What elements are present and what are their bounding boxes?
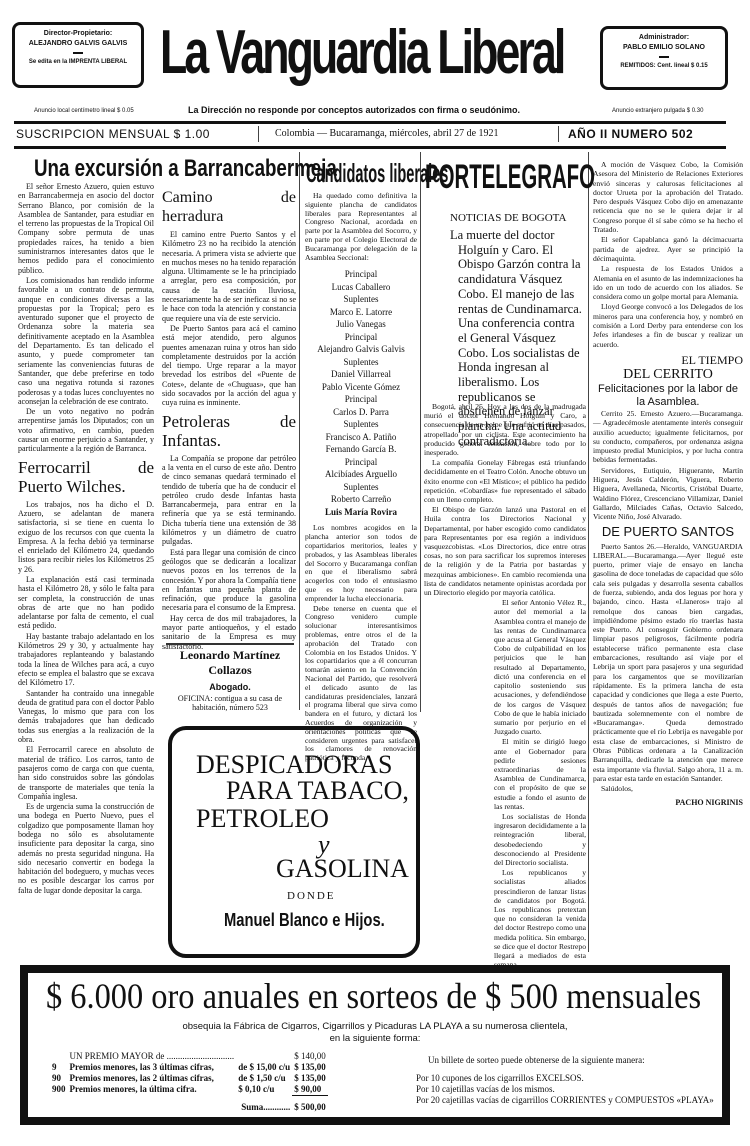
candidate-role: Principal [305, 456, 417, 469]
candidate-name: Alejandro Galvis Galvis [305, 343, 417, 356]
prize-qty: 900 [50, 1084, 68, 1096]
divider [558, 126, 559, 142]
remitidos-note: REMITIDOS: Cent. lineal $ 0.15 [605, 61, 723, 71]
gasoline-ad: DESPICADORAS PARA TABACO, PETROLEO y GAS… [168, 726, 420, 958]
ad-rule [166, 643, 294, 645]
candidate-role: Principal [305, 268, 417, 281]
howto-item: Por 20 cajetillas vacías de cigarrillos … [416, 1095, 716, 1106]
paragraph: El señor Ernesto Azuero, quien estuvo en… [18, 182, 154, 275]
article-headline: Una excursión a Barrancabermeja [34, 155, 337, 183]
lottery-sub1: obsequia la Fábrica de Cigarros, Cigarri… [28, 1021, 722, 1032]
prize-qty: 90 [50, 1073, 68, 1084]
prize-unit: de $ 1,50 c/u [236, 1073, 292, 1084]
lawyer-office: OFICINA: contigua a su casa de habitació… [162, 694, 298, 712]
paragraph: Los socialistas de Honda ingresaron deci… [494, 812, 586, 867]
divider [659, 56, 669, 58]
paragraph: Salúdolos, [593, 784, 743, 793]
lawyer-ad: Leonardo Martínez Collazos Abogado. OFIC… [162, 648, 298, 712]
prize-row: 90Premios menores, las 2 últimas cifras,… [50, 1073, 328, 1084]
paragraph: Los trabajos, nos ha dicho el D. Azuero,… [18, 500, 154, 574]
divider [73, 52, 83, 54]
telegrafo-headline: PORTELEGRAFO [425, 158, 595, 197]
lottery-sub2: en la siguiente forma: [28, 1033, 722, 1044]
candidate-name: Fernando García B. [305, 443, 417, 456]
prize-table: UN PREMIO MAYOR de .....................… [50, 1051, 328, 1113]
prize-qty: 9 [50, 1062, 68, 1073]
paragraph: Puerto Santos 26.—Heraldo, VANGUARDIA LI… [593, 542, 743, 784]
paragraph: El señor Antonio Vélez R., autor del mem… [494, 598, 586, 736]
printer-note: Se edita en la IMPRENTA LIBERAL [17, 57, 139, 67]
sum-label: Suma............ [236, 1096, 292, 1114]
right-column: A moción de Vásquez Cobo, la Comisión As… [593, 160, 743, 807]
paragraph: Los comisionados han rendido informe fav… [18, 276, 154, 406]
paragraph: Santander ha contraído una innegable deu… [18, 689, 154, 745]
lawyer-title: Abogado. [162, 682, 298, 692]
paragraph: Hay bastante trabajo adelantado en los K… [18, 632, 154, 688]
local-ad-rate: Anuncio local centímetro lineal $ 0.05 [34, 108, 134, 114]
director-name: ALEJANDRO GALVIS GALVIS [17, 39, 139, 49]
dateline: Colombia — Bucaramanga, miércoles, abril… [275, 128, 499, 139]
ad-line: PARA TABACO, [226, 776, 409, 806]
candidate-list: Principal Lucas Caballero Suplentes Marc… [305, 268, 417, 518]
paragraph: Cerrito 25. Ernesto Azuero.—Bucaramanga.… [593, 409, 743, 465]
candidate-name: Daniel Villarreal [305, 368, 417, 381]
howto-title: Un billete de sorteo puede obtenerse de … [428, 1055, 645, 1065]
prize-row: 900Premios menores, la última cifra.$ 0,… [50, 1084, 328, 1096]
foreign-ad-rate: Anuncio extranjero pulgada $ 0.30 [612, 108, 703, 114]
paragraph: Servidores, Eutiquio, Higuerante, Martín… [593, 466, 743, 522]
prize-unit: de $ 15,00 c/u [236, 1062, 292, 1073]
paragraph: El Ferrocarril carece en absoluto de mat… [18, 745, 154, 801]
paragraph: El señor Capablanca ganó la décimacuarta… [593, 235, 743, 263]
administrator-name: PABLO EMILIO SOLANO [605, 43, 723, 53]
cerrito-kicker: EL TIEMPO [593, 353, 743, 367]
paragraph: Lloyd George convocó a los Delegados de … [593, 302, 743, 348]
lottery-ad: $ 6.000 oro anuales en sorteos de $ 500 … [20, 965, 730, 1125]
candidate-role: Principal [305, 331, 417, 344]
signature: PACHO NIGRINIS [593, 798, 743, 807]
candidate-role: Suplentes [305, 418, 417, 431]
ad-line: DONDE [287, 890, 336, 902]
disclaimer: La Dirección no responde por conceptos a… [188, 105, 520, 115]
paragraph: Los nombres acogidos en la plancha anter… [305, 524, 417, 603]
issue-number: AÑO II NUMERO 502 [568, 127, 693, 141]
howto-item: Por 10 cupones de los cigarrillos EXCELS… [416, 1073, 716, 1084]
paragraph: El camino entre Puerto Santos y el Kilóm… [162, 230, 296, 323]
candidatos-column: Ha quedado como definitiva la siguiente … [305, 192, 417, 764]
lawyer-name: Leonardo Martínez Collazos [162, 648, 298, 678]
subheading-camino: Camino de herradura [162, 188, 296, 226]
cerrito-subhead: Felicitaciones por la labor de la Asambl… [593, 383, 743, 409]
administrator-label: Administrador: [605, 33, 723, 43]
paragraph: Los republicanos y socialistas aliados p… [494, 868, 586, 969]
column-divider [588, 152, 589, 952]
candidate-name: Francisco A. Patiño [305, 431, 417, 444]
telegrafo-kicker: NOTICIAS DE BOGOTA [450, 212, 566, 224]
candidate-name: Lucas Caballero [305, 281, 417, 294]
prize-row: 9Premios menores, las 3 últimas cifras,d… [50, 1062, 328, 1073]
paragraph: Hay cerca de dos mil trabajadores, la ma… [162, 614, 296, 651]
candidate-name: Alcibíades Arguello [305, 468, 417, 481]
prize-desc: Premios menores, la última cifra. [68, 1084, 237, 1096]
prize-row: UN PREMIO MAYOR de .....................… [50, 1051, 328, 1062]
candidate-role: Suplentes [305, 293, 417, 306]
article-column-1: El señor Ernesto Azuero, quien estuvo en… [18, 182, 154, 896]
paragraph: Está para llegar una comisión de cinco g… [162, 548, 296, 613]
candidate-name: Julio Vanegas [305, 318, 417, 331]
article-column-2: Camino de herradura El camino entre Puer… [162, 188, 296, 652]
paragraph: Bogotá, abril 25. Hoy a las dos de la ma… [424, 402, 586, 457]
prize-total: $ 90,00 [292, 1084, 328, 1096]
prize-sum-row: Suma............$ 500,00 [50, 1096, 328, 1114]
paragraph: De un voto negativo no podrán arrepentir… [18, 407, 154, 453]
director-label: Director-Propietario: [17, 29, 139, 39]
candidate-name: Roberto Carreño [305, 493, 417, 506]
candidate-name: Luis María Rovira [305, 506, 417, 519]
subscription-price: SUSCRIPCION MENSUAL $ 1.00 [16, 127, 210, 141]
candidate-role: Principal [305, 393, 417, 406]
top-rule [14, 121, 726, 124]
paragraph: Ha quedado como definitiva la siguiente … [305, 192, 417, 262]
ad-line: GASOLINA [276, 854, 409, 884]
paragraph: La Compañía se propone dar petróleo a la… [162, 454, 296, 547]
paragraph: El Obispo de Garzón lanzó una Pastoral e… [424, 505, 586, 597]
prize-desc: Premios menores, las 2 últimas cifras, [68, 1073, 237, 1084]
prize-total: $ 140,00 [292, 1051, 328, 1062]
cerrito-headline: DEL CERRITO [593, 367, 743, 383]
paragraph: A moción de Vásquez Cobo, la Comisión As… [593, 160, 743, 234]
prize-unit: $ 0,10 c/u [236, 1084, 292, 1096]
paragraph: Es de urgencia suma la construcción de u… [18, 802, 154, 895]
newspaper-title: La Vanguardia Liberal [160, 18, 563, 88]
column-divider [299, 152, 300, 710]
prize-desc: UN PREMIO MAYOR de .....................… [68, 1051, 237, 1062]
prize-total: $ 135,00 [292, 1062, 328, 1073]
lottery-headline: $ 6.000 oro anuales en sorteos de $ 500 … [46, 975, 701, 1017]
paragraph: La explanación está casi terminada hasta… [18, 575, 154, 631]
candidate-name: Marco E. Latorre [305, 306, 417, 319]
candidate-name: Pablo Vicente Gómez [305, 381, 417, 394]
administrator-box: Administrador: PABLO EMILIO SOLANO REMIT… [600, 26, 728, 90]
ad-merchant: Manuel Blanco e Hijos. [224, 910, 385, 931]
paragraph: La compañía Gonelay Fábregas está triunf… [424, 458, 586, 504]
column-divider [420, 152, 421, 712]
candidate-name: Carlos D. Parra [305, 406, 417, 419]
telegrafo-column: Bogotá, abril 25. Hoy a las dos de la ma… [424, 402, 586, 970]
prize-desc: Premios menores, las 3 últimas cifras, [68, 1062, 237, 1073]
paragraph: La respuesta de los Estados Unidos a Ale… [593, 264, 743, 301]
howto-item: Por 10 cajetillas vacías de los mismos. [416, 1084, 716, 1095]
subheading-ferrocarril: Ferrocarril de Puerto Wilches. [18, 458, 154, 496]
bottom-rule [14, 146, 726, 149]
paragraph: De Puerto Santos para acá el camino está… [162, 324, 296, 408]
candidate-role: Suplentes [305, 356, 417, 369]
candidate-role: Suplentes [305, 481, 417, 494]
subheading-petroleras: Petroleras de Infantas. [162, 412, 296, 450]
prize-unit [236, 1051, 292, 1062]
divider [258, 126, 259, 142]
prize-total: $ 135,00 [292, 1073, 328, 1084]
sum-value: $ 500,00 [292, 1096, 328, 1114]
howto-list: Por 10 cupones de los cigarrillos EXCELS… [416, 1073, 716, 1106]
director-box: Director-Propietario: ALEJANDRO GALVIS G… [12, 22, 144, 88]
prize-qty [50, 1051, 68, 1062]
paragraph: El mitin se dirigió luego ante el Gobern… [494, 737, 586, 811]
ad-line: PETROLEO [196, 804, 329, 834]
santos-headline: DE PUERTO SANTOS [593, 524, 743, 540]
